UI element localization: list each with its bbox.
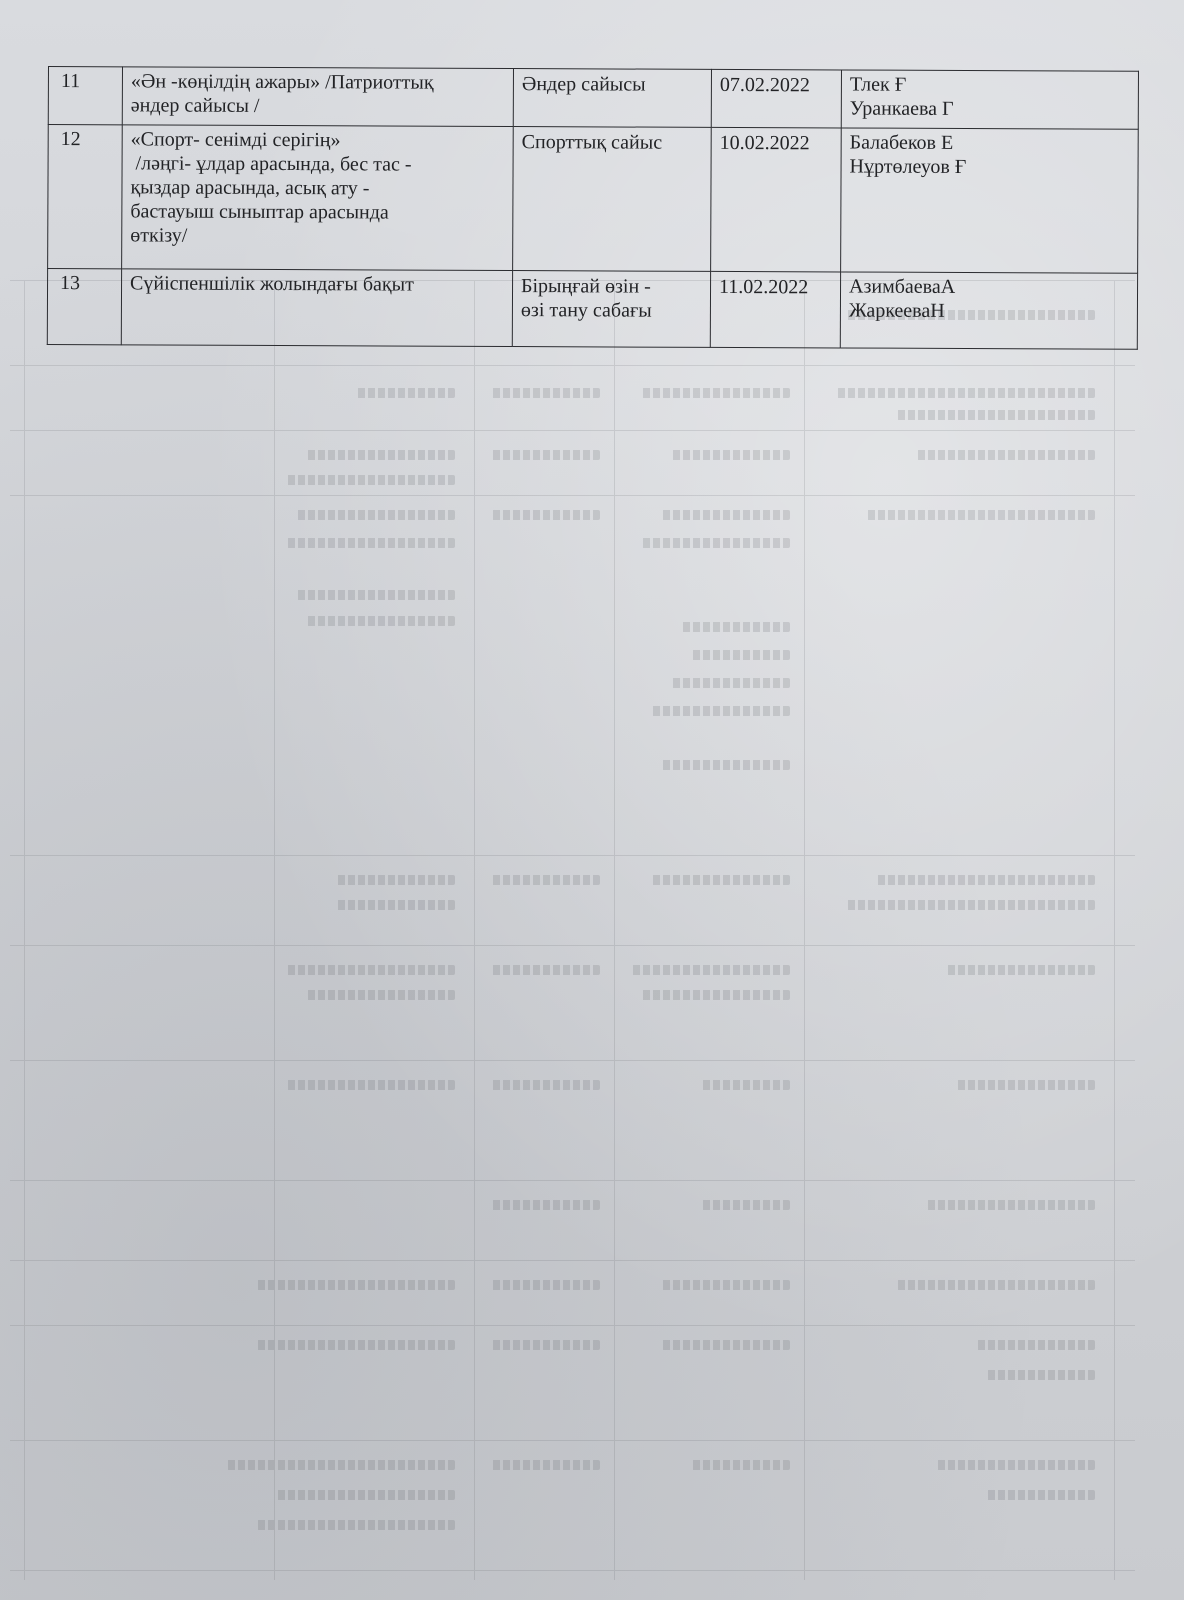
event-plan-table: 11 «Ән -көңілдің ажары» /Патриоттық әнде… [47,66,1139,350]
event-date: 10.02.2022 [711,127,842,272]
event-responsible: Тлек Ғ Уранкаева Г [841,70,1138,129]
event-title-line: «Ән -көңілдің ажары» /Патриоттық [131,69,505,95]
responsible-person: ЖаркееваН [849,298,1129,323]
event-form-line: Спорттық сайыс [522,130,703,155]
table-row: 11 «Ән -көңілдің ажары» /Патриоттық әнде… [48,67,1138,130]
event-title-line: әндер сайысы / [131,93,505,119]
event-title-line: өткізу/ [130,223,504,249]
responsible-person: Уранкаева Г [850,96,1130,121]
event-title-line: Сүйіспеншілік жолындағы бақыт [130,271,504,297]
event-form: Бірыңғай өзін - өзі тану сабағы [512,271,710,348]
event-form-line: өзі тану сабағы [521,298,702,323]
table-row: 12 «Спорт- сенімді серігің» /ләңгі- ұлда… [48,125,1139,274]
event-form-line: Әндер сайысы [522,72,703,97]
event-form-line: Бірыңғай өзін - [521,274,702,299]
event-title: Сүйіспеншілік жолындағы бақыт [121,269,512,347]
bleed-through-background [10,280,1135,1580]
event-date: 11.02.2022 [710,271,840,348]
row-number: 13 [47,269,121,345]
row-number: 12 [48,125,123,269]
event-date: 07.02.2022 [711,69,841,128]
event-form: Әндер сайысы [513,69,711,128]
responsible-person: Нұртөлеуов Ғ [850,154,1130,179]
event-responsible: Балабеков Е Нұртөлеуов Ғ [841,128,1139,273]
event-responsible: АзимбаеваА ЖаркееваН [840,272,1137,349]
event-title-line: бастауыш сыныптар арасында [130,199,504,225]
event-form: Спорттық сайыс [513,127,712,272]
responsible-person: Тлек Ғ [850,72,1130,97]
table-row: 13 Сүйіспеншілік жолындағы бақыт Бірыңға… [47,269,1137,350]
event-title-line: қыздар арасында, асық ату - [130,175,504,201]
responsible-person: АзимбаеваА [849,274,1129,299]
event-title-line: «Спорт- сенімді серігің» [131,127,505,153]
event-title: «Ән -көңілдің ажары» /Патриоттық әндер с… [122,67,513,127]
row-number: 11 [48,67,122,125]
event-title: «Спорт- сенімді серігің» /ләңгі- ұлдар а… [122,125,514,271]
responsible-person: Балабеков Е [850,130,1130,155]
event-title-line: /ләңгі- ұлдар арасында, бес тас - [131,151,505,177]
